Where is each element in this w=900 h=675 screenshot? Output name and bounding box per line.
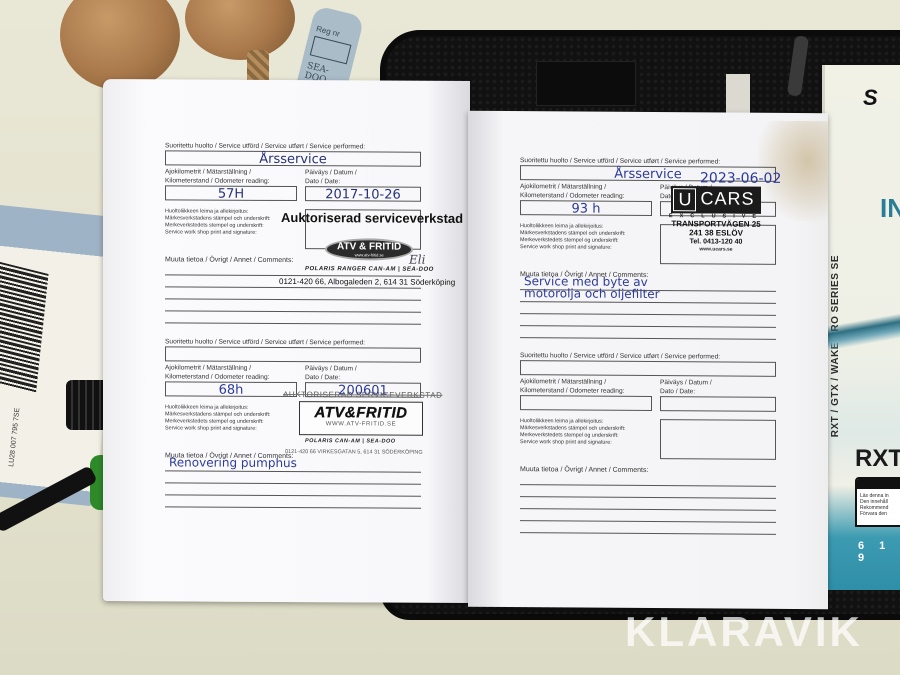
service-performed-field [520,360,776,377]
dealer-stamp-address: 0121-420 66, Albogaleden 2, 614 31 Söder… [279,277,455,287]
odometer-field: 93 h [520,200,652,216]
stamp-label: Huoltoliikkeen leima ja allekirjoitus: M… [520,223,652,264]
manual-title: IN [880,193,900,224]
watermark: KLARAVIK [625,608,863,656]
comment-line [165,495,421,508]
stamp-label: Huoltoliikkeen leima ja allekirjoitus: M… [165,208,297,249]
stamp-label: Huoltoliikkeen leima ja allekirjoitus: M… [520,418,652,459]
bag-tracking-code: LU28 007 795 7SE [8,408,21,468]
comment-line [520,521,776,535]
odometer-value: 93 h [521,201,651,217]
dealer-stamp-logo: ATV & FRITID www.atv-fritid.se [325,238,413,260]
right-page: Suoritettu huolto / Service utförd / Ser… [468,111,828,610]
barcode [0,262,49,394]
service-performed-field: Årsservice [165,150,421,166]
date-value: 2017-10-26 [306,187,420,203]
manual-code: 6 1 9 [858,540,900,564]
comment-text: Renovering pumphus [169,455,421,471]
dealer-stamp-logo: ATV&FRITID WWW.ATV-FRITID.SE [299,401,423,436]
date-field: 2017-10-26 [305,186,421,202]
stamp-label: Huoltoliikkeen leima ja allekirjoitus: M… [165,404,297,445]
signature: Eli [409,253,425,267]
manual-warning-box: Läs denna in Den innehåll Rekommend Förv… [855,477,900,527]
warning-line: Förvara den [860,511,900,517]
dealer-stamp-ucars: UCARS EXCLUSIVE TRANSPORTVÄGEN 25 241 38… [666,186,766,253]
date-value: 2023-06-02 [700,170,781,187]
manual-brand: S [863,85,878,111]
dealer-stamp-brands: POLARIS CAN-AM | SEA-DOO [305,438,396,444]
cork-float [185,0,295,60]
dealer-stamp-address: 0121-420 66 VIRKESGATAN 5, 614 31 SÖDERK… [285,449,423,456]
odometer-value: 57H [166,186,296,202]
stamp-box [660,419,776,460]
odometer-field [520,395,652,411]
cork-float [60,0,180,90]
water-splash-graphic [825,310,900,350]
date-field [660,396,776,412]
owners-manual: RXT / GTX / WAKE PRO SERIES SE S IN RXT … [822,65,900,590]
odometer-value: 68h [166,382,296,398]
comment-line [165,311,421,324]
service-performed-field [165,346,421,362]
odometer-field: 68h [165,381,297,397]
dealer-stamp-heading: AUKTORISERAD SERVICEVERKSTAD [283,390,443,400]
service-entry-1: Suoritettu huolto / Service utförd / Ser… [165,141,421,324]
service-entry-4: Suoritettu huolto / Service utförd / Ser… [520,351,776,535]
manual-model: RXT [855,445,900,473]
dealer-stamp-heading: Auktoriserad serviceverkstad [281,210,463,226]
left-page: Suoritettu huolto / Service utförd / Ser… [103,79,470,603]
ucars-web: www.ucars.se [666,246,766,253]
odometer-field: 57H [165,185,297,201]
service-booklet: Suoritettu huolto / Service utförd / Ser… [103,80,828,608]
comment-line [520,326,776,340]
dealer-stamp-brands: POLARIS RANGER CAN-AM | SEA-DOO [305,266,434,273]
service-performed-value [166,347,420,348]
comment-text: motorolja och oljefilter [524,286,776,303]
ucars-street: TRANSPORTVÄGEN 25 [666,219,766,229]
service-performed-value: Årsservice [166,151,420,167]
ucars-logo: UCARS [671,186,760,214]
